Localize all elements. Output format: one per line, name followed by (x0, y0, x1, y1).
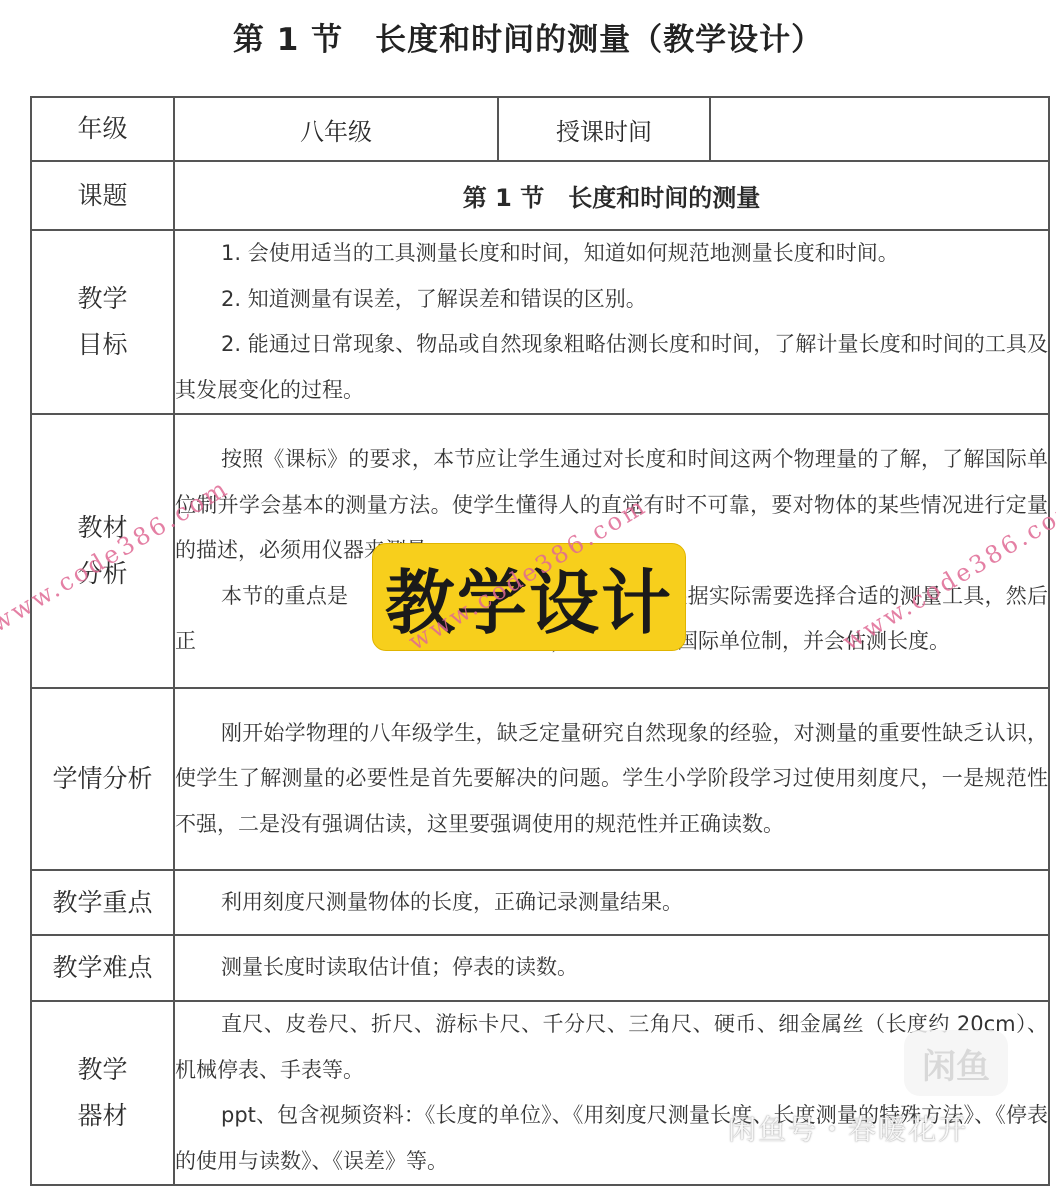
key-points-row: 教学重点 利用刻度尺测量物体的长度，正确记录测量结果。 (31, 870, 1049, 935)
material-analysis-label-line2: 分析 (32, 551, 173, 597)
student-analysis-label: 学情分析 (31, 688, 174, 870)
material-analysis-label-line1: 教材 (32, 505, 173, 551)
topic-row: 课题 第 1 节 长度和时间的测量 (31, 161, 1049, 230)
lesson-design-badge: 教学设计 (372, 543, 686, 651)
objectives-row: 教学 目标 1. 会使用适当的工具测量长度和时间，知道如何规范地测量长度和时间。… (31, 230, 1049, 414)
grade-row: 年级 八年级 授课时间 (31, 97, 1049, 161)
objective-item: 1. 会使用适当的工具测量长度和时间，知道如何规范地测量长度和时间。 (175, 231, 1048, 277)
equipment-label-line2: 器材 (32, 1093, 173, 1139)
material-analysis-label: 教材 分析 (31, 414, 174, 688)
document-title: 第 1 节 长度和时间的测量（教学设计） (0, 14, 1056, 59)
student-analysis-paragraph: 刚开始学物理的八年级学生，缺乏定量研究自然现象的经验，对测量的重要性缺乏认识，使… (175, 711, 1048, 848)
difficulties-row: 教学难点 测量长度时读取估计值；停表的读数。 (31, 935, 1049, 1001)
objective-item: 2. 能通过日常现象、物品或自然现象粗略估测长度和时间，了解计量长度和时间的工具… (175, 322, 1048, 413)
grade-label: 年级 (31, 97, 174, 161)
topic-value: 第 1 节 长度和时间的测量 (174, 161, 1049, 230)
objectives-label: 教学 目标 (31, 230, 174, 414)
topic-label: 课题 (31, 161, 174, 230)
objectives-label-line2: 目标 (32, 322, 173, 368)
student-analysis-content: 刚开始学物理的八年级学生，缺乏定量研究自然现象的经验，对测量的重要性缺乏认识，使… (174, 688, 1049, 870)
key-points-text: 利用刻度尺测量物体的长度，正确记录测量结果。 (175, 880, 1048, 926)
student-analysis-row: 学情分析 刚开始学物理的八年级学生，缺乏定量研究自然现象的经验，对测量的重要性缺… (31, 688, 1049, 870)
equipment-label: 教学 器材 (31, 1001, 174, 1185)
difficulties-content: 测量长度时读取估计值；停表的读数。 (174, 935, 1049, 1001)
difficulties-label: 教学难点 (31, 935, 174, 1001)
platform-logo-icon: 闲鱼 (904, 1030, 1008, 1096)
equipment-row: 教学 器材 直尺、皮卷尺、折尺、游标卡尺、千分尺、三角尺、硬币、细金属丝（长度约… (31, 1001, 1049, 1185)
platform-caption: 闲鱼号・春暖花开 (728, 1108, 968, 1148)
objective-item: 2. 知道测量有误差，了解误差和错误的区别。 (175, 277, 1048, 323)
key-points-content: 利用刻度尺测量物体的长度，正确记录测量结果。 (174, 870, 1049, 935)
objectives-content: 1. 会使用适当的工具测量长度和时间，知道如何规范地测量长度和时间。 2. 知道… (174, 230, 1049, 414)
key-points-label: 教学重点 (31, 870, 174, 935)
class-time-value (710, 97, 1049, 161)
objectives-label-line1: 教学 (32, 276, 173, 322)
equipment-label-line1: 教学 (32, 1047, 173, 1093)
class-time-label: 授课时间 (498, 97, 710, 161)
grade-value: 八年级 (174, 97, 498, 161)
difficulties-text: 测量长度时读取估计值；停表的读数。 (175, 945, 1048, 991)
